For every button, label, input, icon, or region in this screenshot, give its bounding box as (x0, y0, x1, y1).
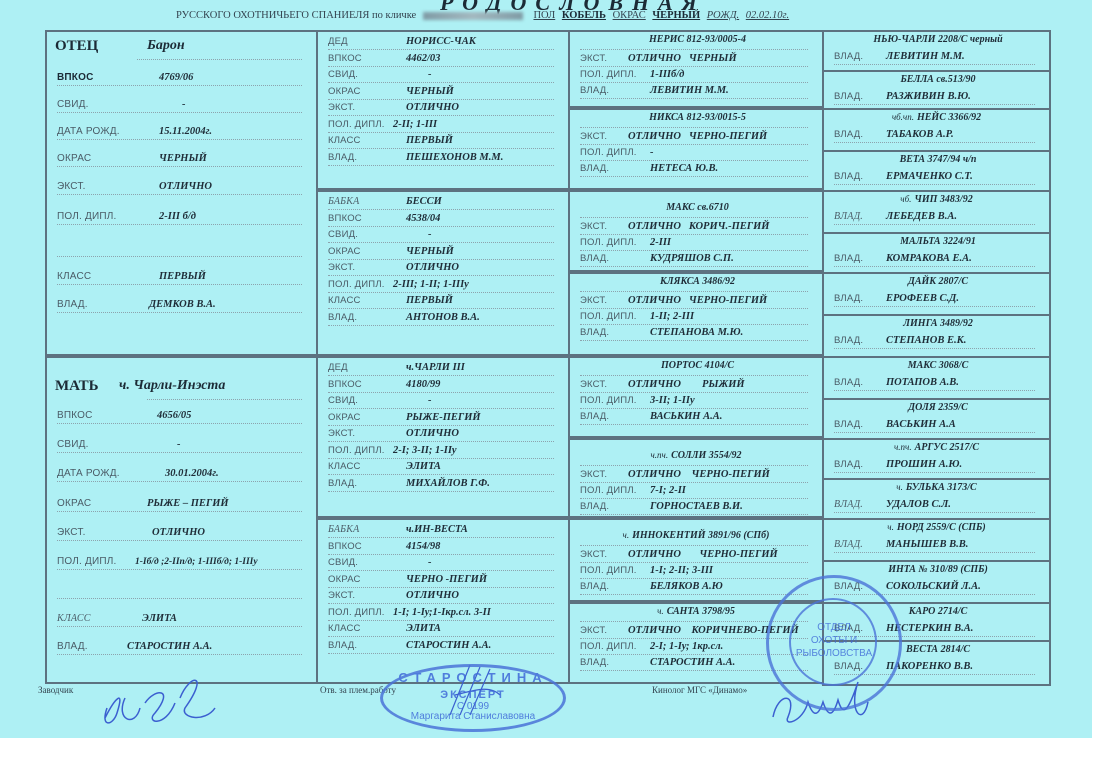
great-grandparent-ext-row: ЭКСТ.ОТЛИЧНО РЫЖИЙ (580, 377, 808, 393)
grandparent-name-row: БАБКАБЕССИ (328, 194, 554, 210)
grandparent-vpkos-row: ВПКОС4538/04 (328, 211, 554, 227)
grandparent-vpkos-row: ВПКОС4154/98 (328, 539, 554, 555)
gg-grandparent-title: чб.чп.НЕЙС 3366/92 (824, 112, 1049, 123)
great-grandparent-card: ч.ИННОКЕНТИЙ 3891/96 (СПб)ЭКСТ.ОТЛИЧНО Ч… (568, 518, 824, 602)
gg-grandparent-owner-row: ВЛАД.КОМРАКОВА Е.А. (834, 251, 1035, 267)
great-grandparent-owner-row: ВЛАД.ЛЕВИТИН М.М. (580, 83, 808, 99)
great-grandparent-card: НИКСА 812-93/0015-5ЭКСТ.ОТЛИЧНО ЧЕРНО-ПЕ… (568, 108, 824, 190)
grandparent-class-row: КЛАССПЕРВЫЙ (328, 133, 554, 149)
gg-grandparent-title: МАКС 3068/С (824, 360, 1049, 371)
father-birth-row: ДАТА РОЖД.15.11.2004г. (57, 119, 302, 140)
grandparent-color-row: ОКРАСЧЕРНЫЙ (328, 84, 554, 100)
mother-diplomas-row: ПОЛ. ДИПЛ.1-Iб/д ;2-IIп/д; 1-IIIб/д; 1-I… (57, 549, 302, 570)
father-svid-row: СВИД.- (57, 92, 302, 113)
gg-grandparent-title: ч.НОРД 2559/С (СПБ) (824, 522, 1049, 533)
grandparent-svid-row: СВИД.- (328, 393, 554, 409)
gg-grandparent-card: ДАЙК 2807/СВЛАД.ЕРОФЕЕВ С.Д. (822, 272, 1051, 316)
breed-label: РУССКОГО ОХОТНИЧЬЕГО СПАНИЕЛЯ по кличке (176, 10, 416, 21)
mother-card: МАТЬ ч. Чарли-Инэста ВПКОС4656/05 СВИД.-… (45, 356, 318, 684)
great-grandparent-card: ч.пч.СОЛЛИ 3554/92ЭКСТ.ОТЛИЧНО ЧЕРНО-ПЕГ… (568, 438, 824, 518)
sex-label: ПОЛ (533, 10, 555, 21)
great-grandparent-card: КЛЯКСА 3486/92ЭКСТ.ОТЛИЧНО ЧЕРНО-ПЕГИЙПО… (568, 272, 824, 356)
mother-name-line (147, 382, 302, 400)
gg-grandparent-card: МАКС 3068/СВЛАД.ПОТАПОВ А.В. (822, 356, 1051, 400)
birth-value: 02.02.10г. (746, 10, 789, 21)
gg-grandparent-owner-row: ВЛАД.ЛЕБЕДЕВ В.А. (834, 209, 1035, 225)
gg-grandparent-title: чб.ЧИП 3483/92 (824, 194, 1049, 205)
great-grandparent-owner-row: ВЛАД.ВАСЬКИН А.А. (580, 409, 808, 425)
grandparent-color-row: ОКРАСЧЕРНЫЙ (328, 244, 554, 260)
gg-grandparent-card: ч.НОРД 2559/С (СПБ)ВЛАД.МАНЫШЕВ В.В. (822, 518, 1051, 562)
birth-label: РОЖД. (707, 10, 739, 21)
grandparent-color-row: ОКРАСЧЕРНО -ПЕГИЙ (328, 572, 554, 588)
great-grandparent-diplomas-row: ПОЛ. ДИПЛ.1-I; 2-II; 3-III (580, 563, 808, 579)
gg-grandparent-owner-row: ВЛАД.ЕРМАЧЕНКО С.Т. (834, 169, 1035, 185)
grandparent-vpkos-row: ВПКОС4180/99 (328, 377, 554, 393)
gg-grandparent-title: ЛИНГА 3489/92 (824, 318, 1049, 329)
gg-grandparent-title: ДОЛЯ 2359/С (824, 402, 1049, 413)
great-grandparent-ext-row: ЭКСТ.ОТЛИЧНО ЧЕРНО-ПЕГИЙ (580, 547, 808, 563)
gg-grandparent-card: ДОЛЯ 2359/СВЛАД.ВАСЬКИН А.А (822, 398, 1051, 440)
gg-grandparent-title: ИНТА № 310/89 (СПБ) (824, 564, 1049, 575)
grandparent-vpkos-row: ВПКОС4462/03 (328, 51, 554, 67)
great-grandparent-owner-row: ВЛАД.НЕТЕСА Ю.В. (580, 161, 808, 177)
gg-grandparent-card: БЕЛЛА св.513/90ВЛАД.РАЗЖИВИН В.Ю. (822, 70, 1051, 110)
father-class-row: КЛАССПЕРВЫЙ (57, 264, 302, 285)
mother-title: МАТЬ (55, 378, 99, 395)
grandparent-diplomas-row: ПОЛ. ДИПЛ.2-III; 1-II; 1-IIIу (328, 277, 554, 293)
grandparent-diplomas-row: ПОЛ. ДИПЛ.1-I; 1-Iу;1-Iкр.сл. 3-II (328, 605, 554, 621)
grandparent-class-row: КЛАССПЕРВЫЙ (328, 293, 554, 309)
great-grandparent-owner-row: ВЛАД.ГОРНОСТАЕВ В.И. (580, 499, 808, 515)
grandparent-name-row: ДЕДч.ЧАРЛИ III (328, 360, 554, 376)
mother-birth-row: ДАТА РОЖД.30.01.2004г. (57, 461, 302, 482)
gg-grandparent-title: ч.БУЛЬКА 3173/С (824, 482, 1049, 493)
color-value: ЧЕРНЫЙ (652, 10, 700, 21)
gg-grandparent-owner-row: ВЛАД.МАНЫШЕВ В.В. (834, 537, 1035, 553)
gg-grandparent-owner-row: ВЛАД.ПРОШИН А.Ю. (834, 457, 1035, 473)
gg-grandparent-card: чб.чп.НЕЙС 3366/92ВЛАД.ТАБАКОВ А.Р. (822, 108, 1051, 152)
great-grandparent-ext-row: ЭКСТ.ОТЛИЧНО ЧЕРНО-ПЕГИЙ (580, 293, 808, 309)
great-grandparent-diplomas-row: ПОЛ. ДИПЛ.7-I; 2-II (580, 483, 808, 499)
father-owner-row: ВЛАД.ДЕМКОВ В.А. (57, 292, 302, 313)
great-grandparent-diplomas-row: ПОЛ. ДИПЛ.3-II; 1-IIу (580, 393, 808, 409)
grandparent-svid-row: СВИД.- (328, 555, 554, 571)
gg-grandparent-owner-row: ВЛАД.СТЕПАНОВ Е.К. (834, 333, 1035, 349)
grandparent-card: ДЕДч.ЧАРЛИ IIIВПКОС4180/99СВИД.-ОКРАСРЫЖ… (316, 356, 570, 518)
breeder-label: Заводчик (38, 685, 73, 695)
father-title: ОТЕЦ (55, 38, 98, 55)
grandparent-card: БАБКАБЕССИВПКОС4538/04СВИД.-ОКРАСЧЕРНЫЙЭ… (316, 190, 570, 356)
father-blank-row (57, 236, 302, 257)
gg-grandparent-title: ДАЙК 2807/С (824, 276, 1049, 287)
gg-grandparent-title: ч.пч.АРГУС 2517/С (824, 442, 1049, 453)
grandparent-color-row: ОКРАСРЫЖЕ-ПЕГИЙ (328, 410, 554, 426)
grandparent-card: ДЕДНОРИСС-ЧАКВПКОС4462/03СВИД.-ОКРАСЧЕРН… (316, 30, 570, 190)
grandparent-diplomas-row: ПОЛ. ДИПЛ.2-I; 3-II; 1-IIу (328, 443, 554, 459)
great-grandparent-ext-row: ЭКСТ.ОТЛИЧНО ЧЕРНО-ПЕГИЙ (580, 129, 808, 145)
grandparent-svid-row: СВИД.- (328, 227, 554, 243)
mother-ext-row: ЭКСТ.ОТЛИЧНО (57, 520, 302, 541)
great-grandparent-diplomas-row: ПОЛ. ДИПЛ.2-III (580, 235, 808, 251)
gg-grandparent-owner-row: ВЛАД.ВАСЬКИН А.А (834, 417, 1035, 433)
cynologist-label: Кинолог МГС «Динамо» (652, 685, 747, 695)
gg-grandparent-card: ВЕТА 3747/94 ч/пВЛАД.ЕРМАЧЕНКО С.Т. (822, 150, 1051, 192)
mother-vpkos-row: ВПКОС4656/05 (57, 403, 302, 424)
gg-grandparent-title: МАЛЬТА 3224/91 (824, 236, 1049, 247)
document-subtitle: РУССКОГО ОХОТНИЧЬЕГО СПАНИЕЛЯ по кличке … (176, 10, 789, 21)
grandparent-owner-row: ВЛАД.ПЕШЕХОНОВ М.М. (328, 150, 554, 166)
grandparent-class-row: КЛАССЭЛИТА (328, 459, 554, 475)
grandparent-ext-row: ЭКСТ.ОТЛИЧНО (328, 426, 554, 442)
gg-grandparent-card: ч.пч.АРГУС 2517/СВЛАД.ПРОШИН А.Ю. (822, 438, 1051, 480)
grandparent-svid-row: СВИД.- (328, 67, 554, 83)
great-grandparent-diplomas-row: ПОЛ. ДИПЛ.1-IIIб/д (580, 67, 808, 83)
gg-grandparent-owner-row: ВЛАД.ЕРОФЕЕВ С.Д. (834, 291, 1035, 307)
grandparent-ext-row: ЭКСТ.ОТЛИЧНО (328, 100, 554, 116)
father-card: ОТЕЦ Барон ВПКОС4769/06 СВИД.- ДАТА РОЖД… (45, 30, 318, 356)
great-grandparent-card: МАКС св.6710ЭКСТ.ОТЛИЧНО КОРИЧ.-ПЕГИЙПОЛ… (568, 190, 824, 272)
great-grandparent-owner-row: ВЛАД.БЕЛЯКОВ А.Ю (580, 579, 808, 595)
breeder-signature (95, 668, 225, 734)
grandparent-class-row: КЛАССЭЛИТА (328, 621, 554, 637)
great-grandparent-owner-row: ВЛАД.СТЕПАНОВА М.Ю. (580, 325, 808, 341)
father-diplomas-row: ПОЛ. ДИПЛ.2-III б/д (57, 204, 302, 225)
great-grandparent-card: ПОРТОС 4104/СЭКСТ.ОТЛИЧНО РЫЖИЙПОЛ. ДИПЛ… (568, 356, 824, 438)
color-label: ОКРАС (613, 10, 646, 21)
father-ext-row: ЭКСТ.ОТЛИЧНО (57, 174, 302, 195)
great-grandparent-ext-row: ЭКСТ.ОТЛИЧНО КОРИЧ.-ПЕГИЙ (580, 219, 808, 235)
grandparent-name-row: ДЕДНОРИСС-ЧАК (328, 34, 554, 50)
grandparent-owner-row: ВЛАД.АНТОНОВ В.А. (328, 310, 554, 326)
great-grandparent-diplomas-row: ПОЛ. ДИПЛ.- (580, 145, 808, 161)
gg-grandparent-card: чб.ЧИП 3483/92ВЛАД.ЛЕБЕДЕВ В.А. (822, 190, 1051, 234)
gg-grandparent-owner-row: ВЛАД.УДАЛОВ С.Л. (834, 497, 1035, 513)
grandparent-owner-row: ВЛАД.СТАРОСТИН А.А. (328, 638, 554, 654)
mother-color-row: ОКРАСРЫЖЕ – ПЕГИЙ (57, 491, 302, 512)
grandparent-owner-row: ВЛАД.МИХАЙЛОВ Г.Ф. (328, 476, 554, 492)
gg-grandparent-card: МАЛЬТА 3224/91ВЛАД.КОМРАКОВА Е.А. (822, 232, 1051, 274)
mother-blank-row (57, 578, 302, 599)
mother-class-row: КЛАССЭЛИТА (57, 606, 302, 627)
grandparent-diplomas-row: ПОЛ. ДИПЛ.2-II; 1-III (328, 117, 554, 133)
great-grandparent-ext-row: ЭКСТ.ОТЛИЧНО ЧЕРНО-ПЕГИЙ (580, 467, 808, 483)
gg-grandparent-title: ВЕТА 3747/94 ч/п (824, 154, 1049, 165)
father-vpkos-row: ВПКОС4769/06 (57, 65, 302, 86)
sex-value: КОБЕЛЬ (562, 10, 606, 21)
gg-grandparent-title: НЬЮ-ЧАРЛИ 2208/С черный (824, 34, 1049, 45)
mother-svid-row: СВИД.- (57, 432, 302, 453)
great-grandparent-diplomas-row: ПОЛ. ДИПЛ.1-II; 2-III (580, 309, 808, 325)
father-name-line (137, 42, 302, 60)
grandparent-name-row: БАБКАч.ИН-ВЕСТА (328, 522, 554, 538)
redacted-dog-name (423, 12, 523, 20)
gg-grandparent-title: БЕЛЛА св.513/90 (824, 74, 1049, 85)
gg-grandparent-owner-row: ВЛАД.РАЗЖИВИН В.Ю. (834, 89, 1035, 105)
great-grandparent-card: НЕРИС 812-93/0005-4ЭКСТ.ОТЛИЧНО ЧЕРНЫЙПО… (568, 30, 824, 108)
mother-owner-row: ВЛАД.СТАРОСТИН А.А. (57, 634, 302, 655)
great-grandparent-ext-row: ЭКСТ.ОТЛИЧНО ЧЕРНЫЙ (580, 51, 808, 67)
father-color-row: ОКРАСЧЕРНЫЙ (57, 146, 302, 167)
organization-stamp: ОТДЕЛ ОХОТЫ И РЫБОЛОВСТВА (766, 575, 902, 711)
grandparent-ext-row: ЭКСТ.ОТЛИЧНО (328, 260, 554, 276)
gg-grandparent-owner-row: ВЛАД.ПОТАПОВ А.В. (834, 375, 1035, 391)
gg-grandparent-card: ч.БУЛЬКА 3173/СВЛАД.УДАЛОВ С.Л. (822, 478, 1051, 520)
gg-grandparent-card: НЬЮ-ЧАРЛИ 2208/С черныйВЛАД.ЛЕВИТИН М.М. (822, 30, 1051, 72)
gg-grandparent-owner-row: ВЛАД.ТАБАКОВ А.Р. (834, 127, 1035, 143)
gg-grandparent-owner-row: ВЛАД.ЛЕВИТИН М.М. (834, 49, 1035, 65)
gg-grandparent-card: ЛИНГА 3489/92ВЛАД.СТЕПАНОВ Е.К. (822, 314, 1051, 358)
grandparent-ext-row: ЭКСТ.ОТЛИЧНО (328, 588, 554, 604)
great-grandparent-owner-row: ВЛАД.КУДРЯШОВ С.П. (580, 251, 808, 267)
expert-stamp: СТАРОСТИНА ЭКСПЕРТ С 0199 Маргарита Стан… (380, 664, 566, 732)
